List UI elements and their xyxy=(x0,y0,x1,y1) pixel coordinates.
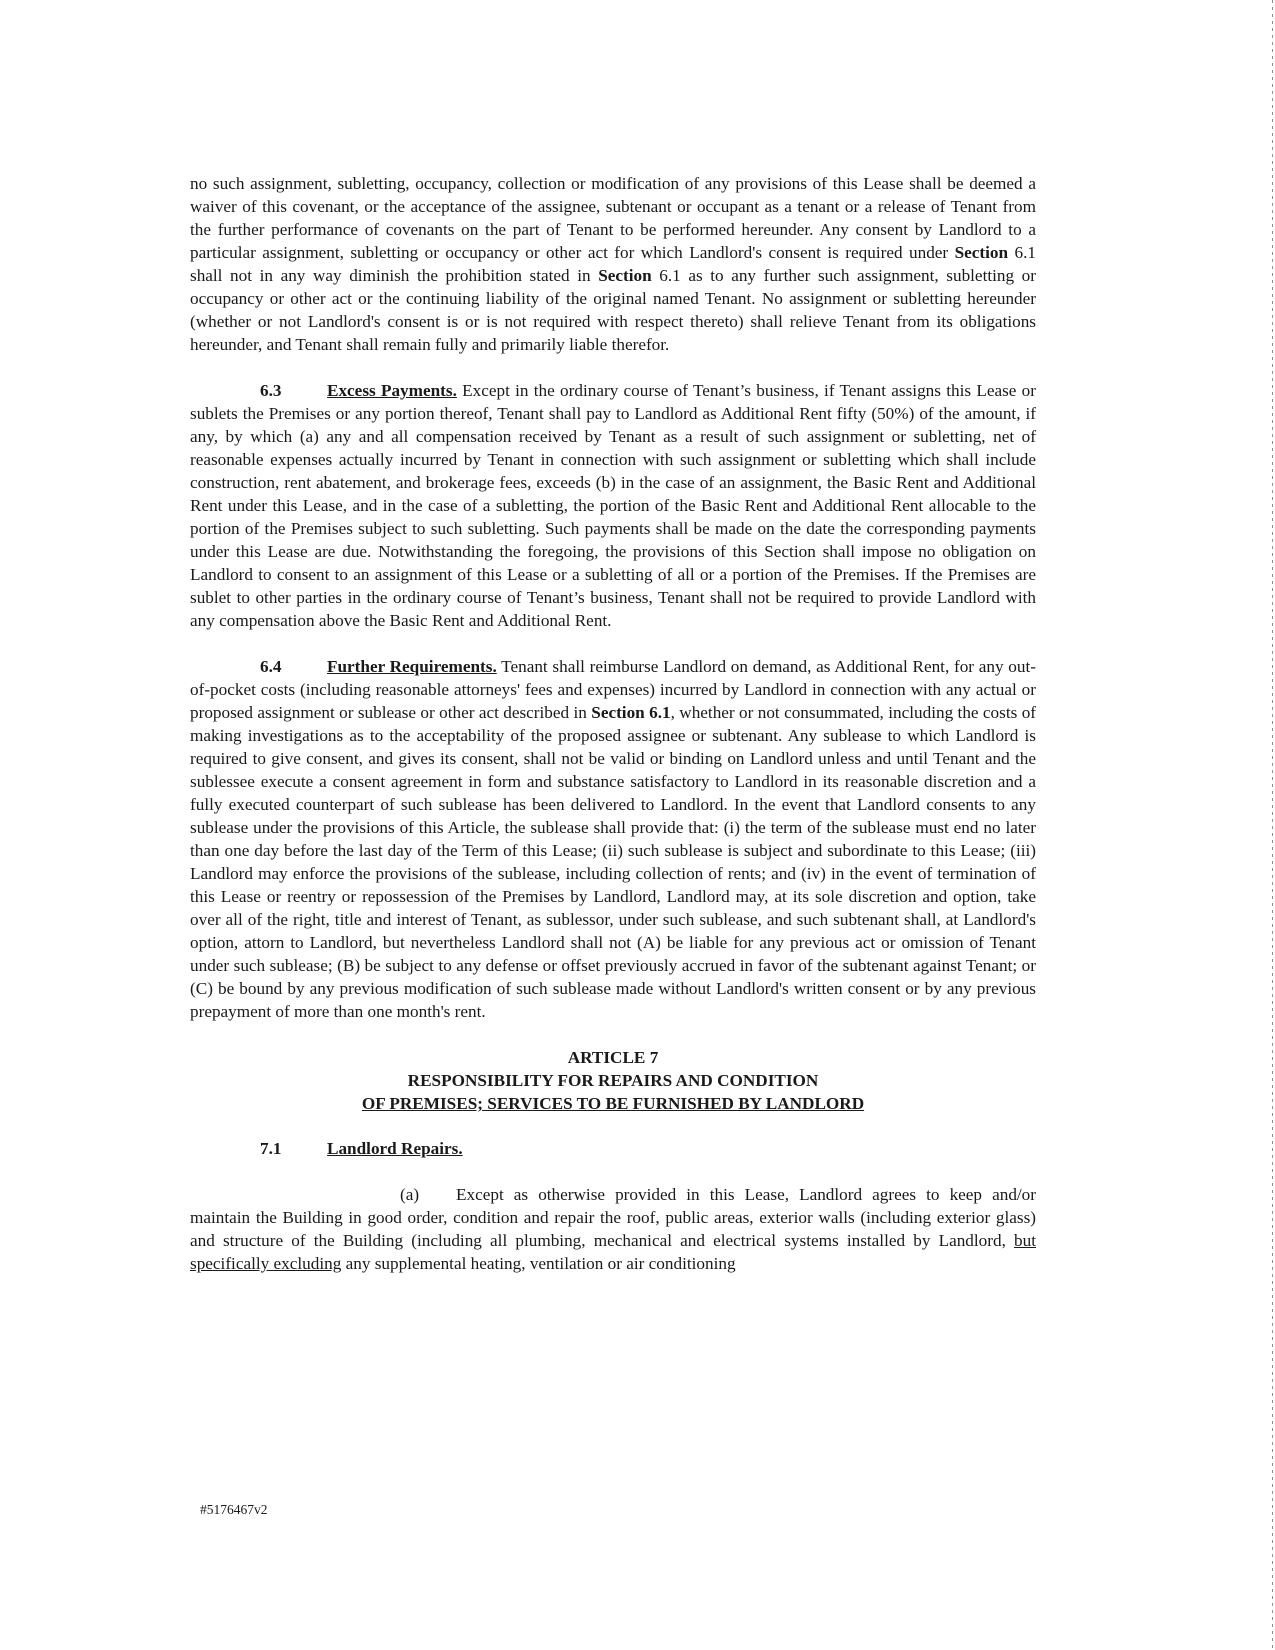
article-title-line-2: OF PREMISES; SERVICES TO BE FURNISHED BY… xyxy=(190,1092,1036,1115)
section-reference: Section 6.1 xyxy=(591,703,670,722)
section-body: Except in the ordinary course of Tenant’… xyxy=(190,381,1036,630)
continuation-paragraph: no such assignment, subletting, occupanc… xyxy=(190,172,1036,356)
article-7-heading: ARTICLE 7 RESPONSIBILITY FOR REPAIRS AND… xyxy=(190,1046,1036,1115)
section-7-1-a: (a)Except as otherwise provided in this … xyxy=(190,1183,1036,1275)
section-reference: Section xyxy=(955,243,1008,262)
document-page: no such assignment, subletting, occupanc… xyxy=(190,172,1036,1275)
section-6-4: 6.4Further Requirements. Tenant shall re… xyxy=(190,655,1036,1023)
subsection-label: (a) xyxy=(400,1183,456,1206)
subsection-body: any supplemental heating, ventilation or… xyxy=(341,1254,735,1273)
section-title: Excess Payments. xyxy=(327,381,457,400)
section-number: 7.1 xyxy=(260,1139,327,1159)
section-7-1-heading: 7.1Landlord Repairs. xyxy=(190,1139,1036,1159)
section-number: 6.3 xyxy=(260,379,327,402)
section-6-3: 6.3Excess Payments. Except in the ordina… xyxy=(190,379,1036,632)
section-title: Landlord Repairs. xyxy=(327,1139,463,1158)
section-body: , whether or not consummated, including … xyxy=(190,703,1036,1021)
document-id-footer: #5176467v2 xyxy=(200,1502,268,1518)
section-title: Further Requirements. xyxy=(327,657,497,676)
scan-edge-artifact xyxy=(1272,0,1273,1650)
section-reference: Section xyxy=(598,266,651,285)
section-number: 6.4 xyxy=(260,655,327,678)
paragraph-text: no such assignment, subletting, occupanc… xyxy=(190,174,1036,262)
subsection-body: Except as otherwise provided in this Lea… xyxy=(190,1185,1036,1250)
article-title-line-1: RESPONSIBILITY FOR REPAIRS AND CONDITION xyxy=(190,1069,1036,1092)
article-number: ARTICLE 7 xyxy=(190,1046,1036,1069)
